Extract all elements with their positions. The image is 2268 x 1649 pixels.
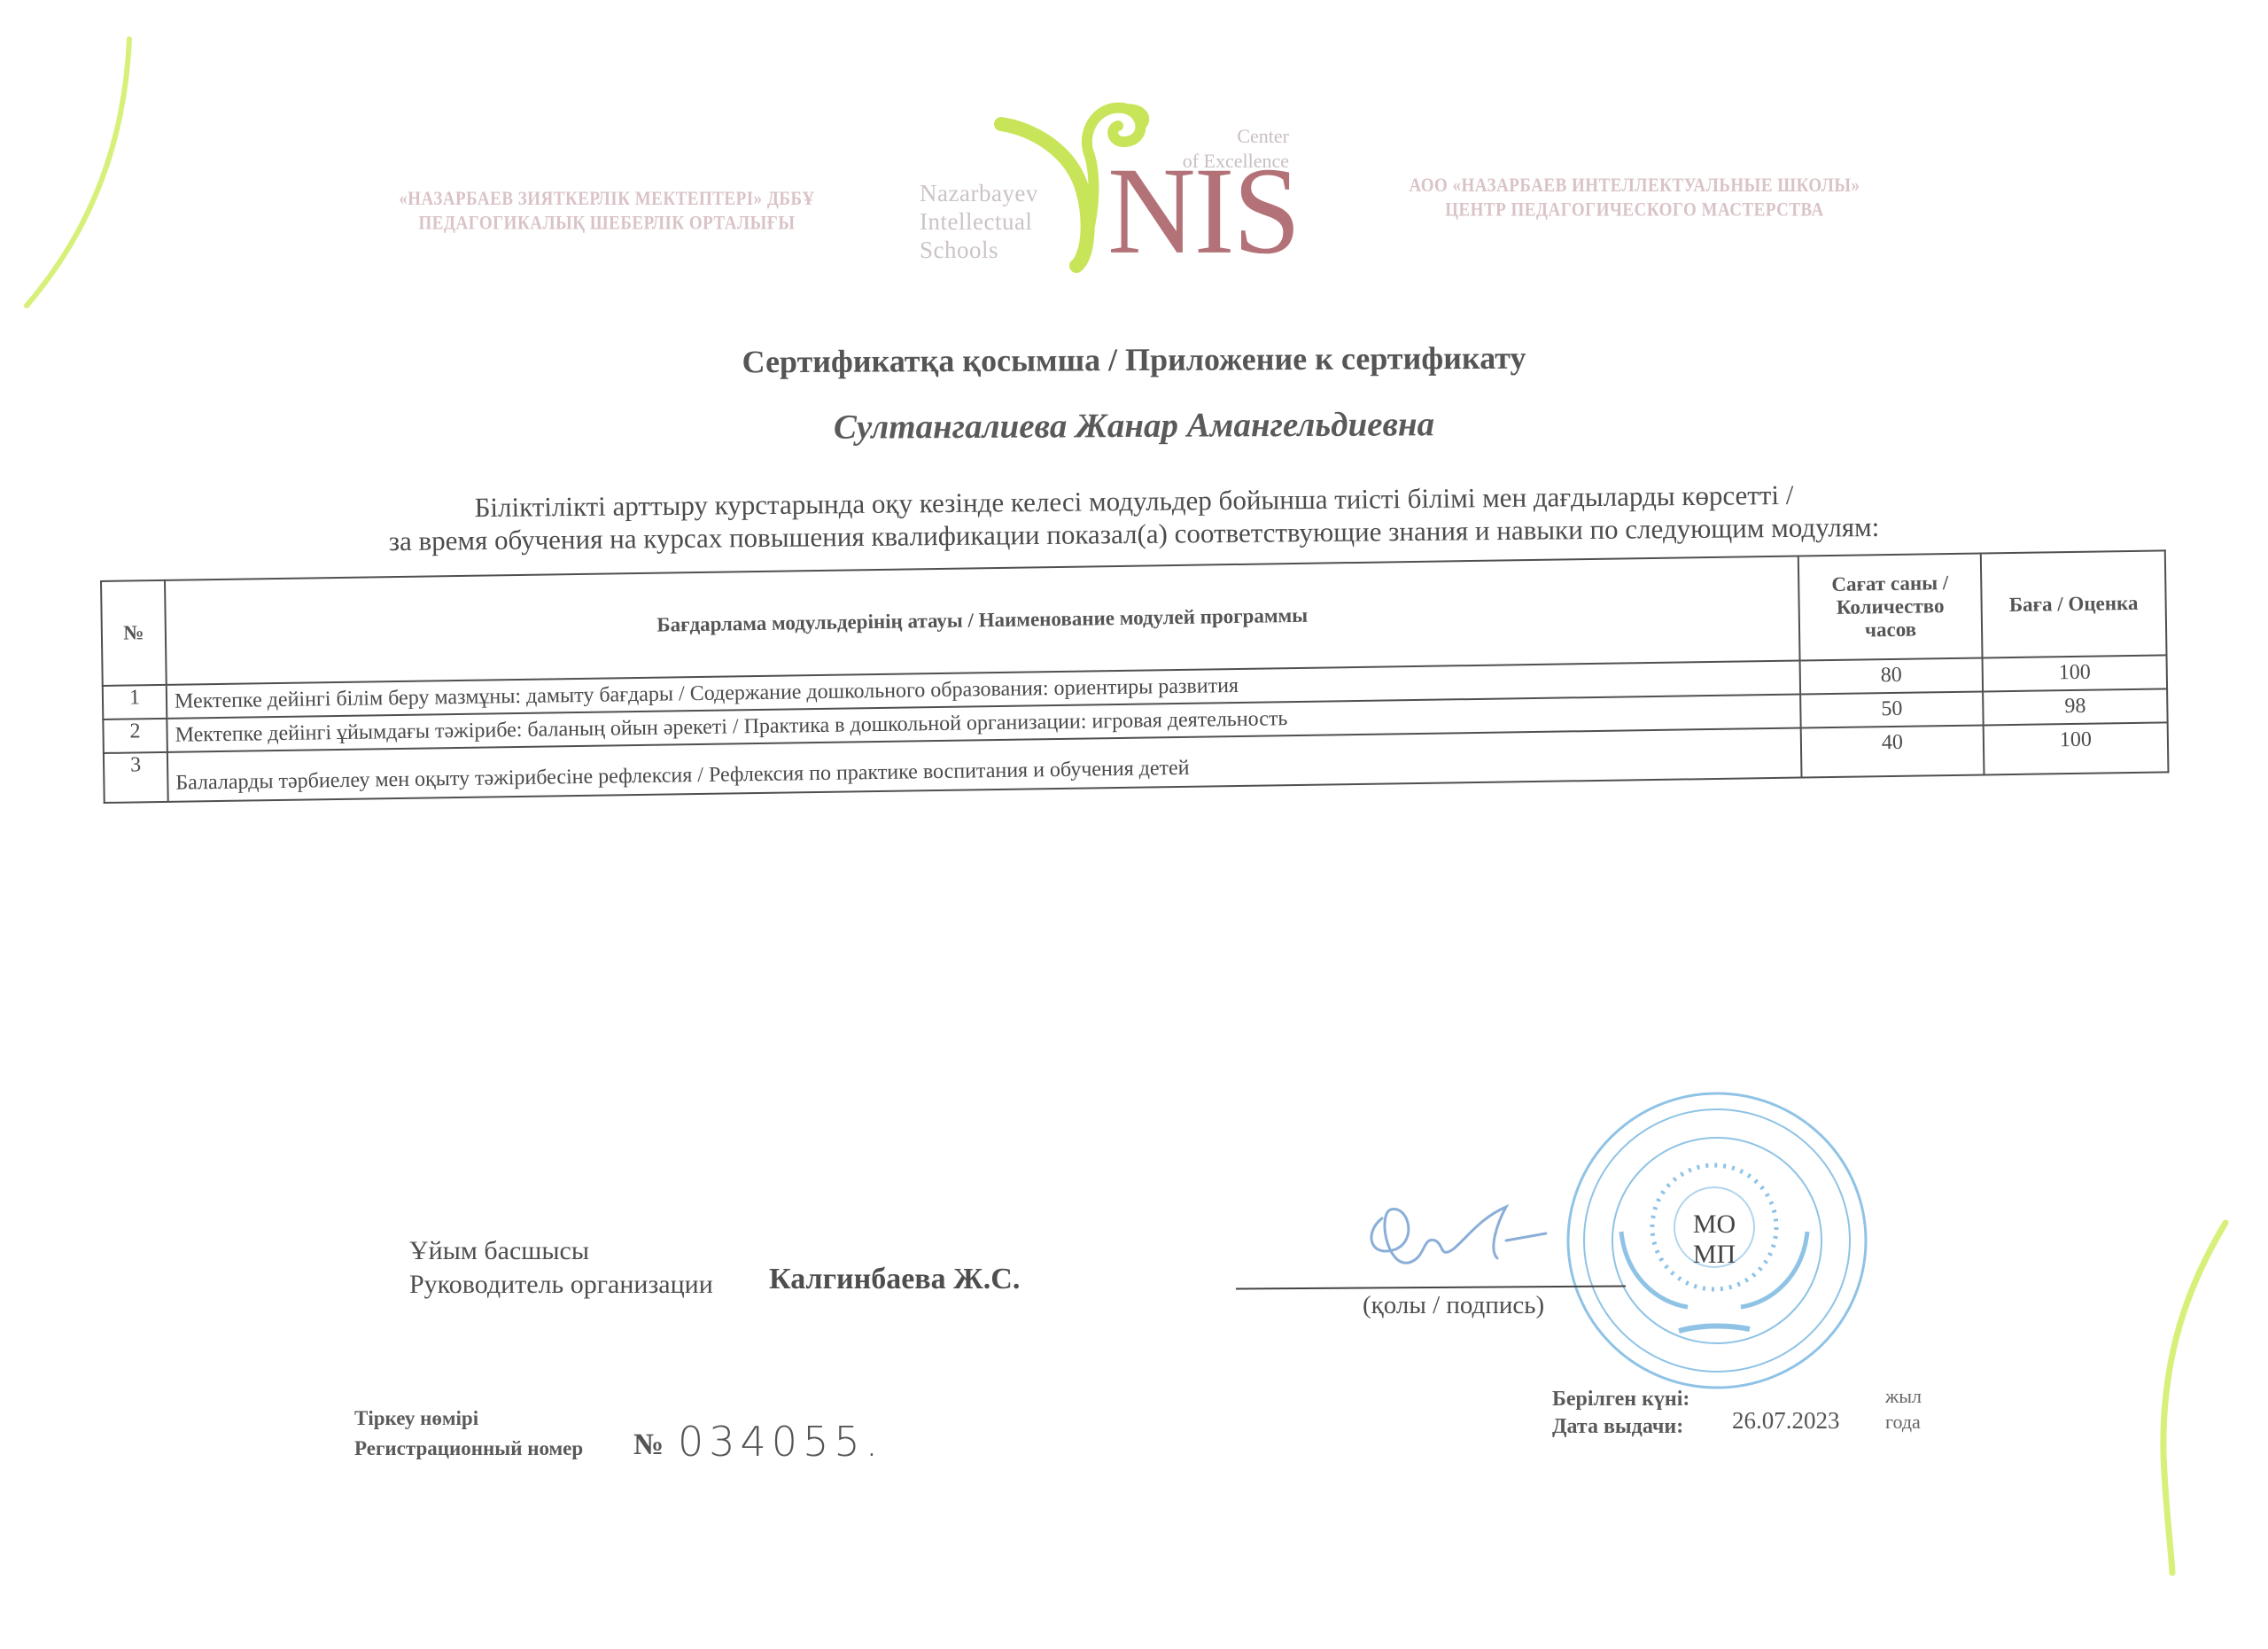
row-grade: 100 [1984,722,2169,774]
issue-date-value: 26.07.2023 [1732,1407,1840,1435]
stamp-text-kazakh: МО [1666,1210,1763,1240]
green-swoosh-bottom-right-icon [2163,1223,2225,1573]
header-number: № [101,580,167,686]
header-hours: Сағат саны / Количество часов [1798,554,1983,661]
registration-label-kazakh: Тіркеу нөмірі [354,1407,478,1430]
logo-text-intellectual: Intellectual [920,207,1038,236]
logo-side-text: Nazarbayev Intellectual Schools [920,179,1038,264]
logo-text-nazarbayev: Nazarbayev [920,179,1038,207]
org-name-kazakh: «НАЗАРБАЕВ ЗИЯТКЕРЛІК МЕКТЕПТЕРІ» ДББҰ П… [341,187,873,236]
registration-label-russian: Регистрационный номер [354,1437,583,1460]
row-hours: 80 [1800,657,1984,694]
row-hours: 50 [1800,691,1984,727]
signature-caption: (қолы / подпись) [1363,1291,1544,1320]
document-title: Сертификатқа қосымша / Приложение к серт… [0,335,2268,384]
row-hours: 40 [1801,725,1984,777]
org-name-kazakh-line-1: «НАЗАРБАЕВ ЗИЯТКЕРЛІК МЕКТЕПТЕРІ» ДББҰ [341,187,873,212]
header-hours-line-3: часов [1807,618,1974,643]
row-number: 2 [103,719,167,753]
logo-nis-abbr: NIS [1107,148,1299,275]
org-name-kazakh-line-2: ПЕДАГОГИКАЛЫҚ ШЕБЕРЛІК ОРТАЛЫҒЫ [341,212,873,237]
signer-name: Калгинбаева Ж.С. [769,1263,1020,1296]
org-name-russian: АОО «НАЗАРБАЕВ ИНТЕЛЛЕКТУАЛЬНЫЕ ШКОЛЫ» Ц… [1333,174,1936,222]
stamp-placeholder-text: МО МП [1666,1210,1763,1270]
org-name-russian-line-1: АОО «НАЗАРБАЕВ ИНТЕЛЛЕКТУАЛЬНЫЕ ШКОЛЫ» [1333,174,1936,198]
row-grade: 100 [1983,655,2168,691]
registration-number: 034055. [678,1418,883,1466]
logo-text-schools: Schools [920,236,1038,264]
org-name-russian-line-2: ЦЕНТР ПЕДАГОГИЧЕСКОГО МАСТЕРСТВА [1333,198,1936,223]
recipient-name: Султангалиева Жанар Амангельдиевна [0,400,2268,451]
stamp-text-russian: МП [1666,1240,1763,1270]
signature-line [1236,1285,1626,1289]
row-number: 1 [103,685,167,719]
handwritten-signature-icon [1371,1207,1546,1263]
number-sign: № [633,1428,664,1462]
year-word-kazakh: жыл [1885,1385,1922,1408]
row-number: 3 [104,752,168,803]
modules-table: № Бағдарлама модульдерінің атауы / Наиме… [100,549,2169,802]
year-word-russian: года [1885,1411,1921,1434]
header-hours-line-2: Количество [1806,595,1973,620]
signer-role-kazakh: Ұйым басшысы [409,1236,589,1266]
row-grade: 98 [1983,688,2168,725]
issue-date-label-russian: Дата выдачи: [1552,1415,1683,1439]
signer-role-russian: Руководитель организации [409,1270,713,1300]
green-swoosh-top-left-icon [27,39,129,306]
issue-date-label-kazakh: Берілген күні: [1552,1388,1689,1412]
header-hours-line-1: Сағат саны / [1806,572,1973,597]
header-grade: Баға / Оценка [1981,550,2167,657]
